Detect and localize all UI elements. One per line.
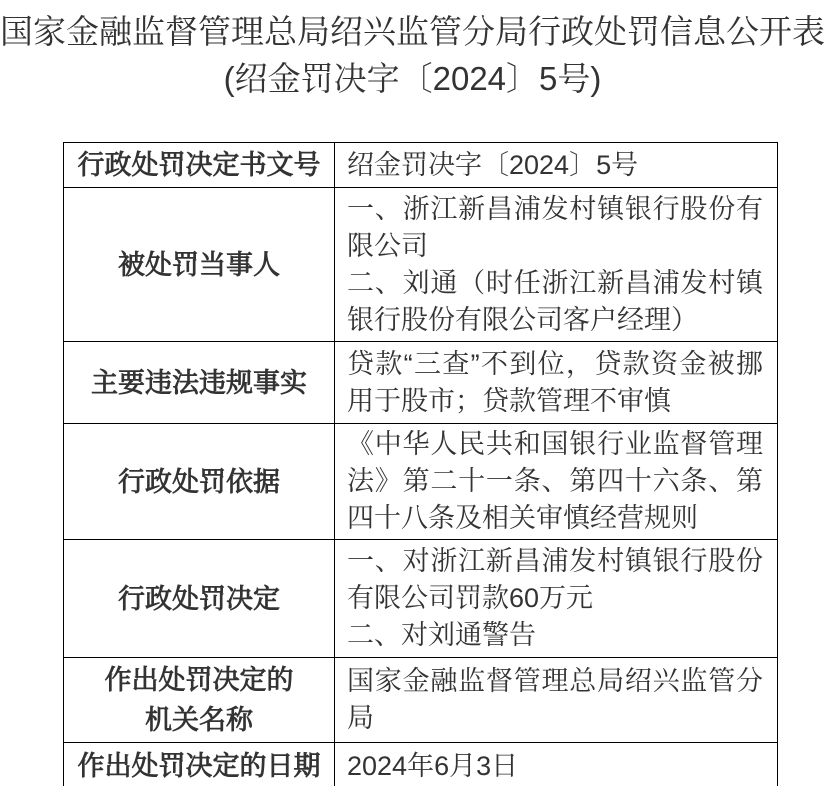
page-title-line1: 国家金融监督管理总局绍兴监管分局行政处罚信息公开表 [0, 13, 825, 50]
page-title: 国家金融监督管理总局绍兴监管分局行政处罚信息公开表(绍金罚决字〔2024〕5号) [0, 8, 825, 102]
row-penalized-parties-label: 被处罚当事人 [64, 188, 335, 342]
row-decision-date: 作出处罚决定的日期 2024年6月3日 [64, 743, 778, 786]
row-penalty-decision-label: 行政处罚决定 [64, 540, 335, 658]
row-document-number: 行政处罚决定书文号 绍金罚决字〔2024〕5号 [64, 143, 778, 188]
row-penalty-decision-value: 一、对浙江新昌浦发村镇银行股份有限公司罚款60万元 二、对刘通警告 [335, 540, 778, 658]
row-penalty-basis: 行政处罚依据 《中华人民共和国银行业监督管理法》第二十一条、第四十六条、第四十八… [64, 424, 778, 540]
row-penalized-parties: 被处罚当事人 一、浙江新昌浦发村镇银行股份有限公司 二、刘通（时任浙江新昌浦发村… [64, 188, 778, 342]
row-penalty-basis-value: 《中华人民共和国银行业监督管理法》第二十一条、第四十六条、第四十八条及相关审慎经… [335, 424, 778, 540]
row-deciding-authority: 作出处罚决定的 机关名称 国家金融监督管理总局绍兴监管分局 [64, 658, 778, 743]
penalty-document: 国家金融监督管理总局绍兴监管分局行政处罚信息公开表(绍金罚决字〔2024〕5号)… [0, 8, 825, 786]
row-penalized-parties-value: 一、浙江新昌浦发村镇银行股份有限公司 二、刘通（时任浙江新昌浦发村镇银行股份有限… [335, 188, 778, 342]
row-document-number-label: 行政处罚决定书文号 [64, 143, 335, 188]
page-title-line2: (绍金罚决字〔2024〕5号) [224, 60, 602, 97]
row-decision-date-label: 作出处罚决定的日期 [64, 743, 335, 786]
row-penalty-basis-label: 行政处罚依据 [64, 424, 335, 540]
row-deciding-authority-label: 作出处罚决定的 机关名称 [64, 658, 335, 743]
row-deciding-authority-value: 国家金融监督管理总局绍兴监管分局 [335, 658, 778, 743]
row-penalty-decision: 行政处罚决定 一、对浙江新昌浦发村镇银行股份有限公司罚款60万元 二、对刘通警告 [64, 540, 778, 658]
row-violation-facts: 主要违法违规事实 贷款“三查”不到位，贷款资金被挪用于股市；贷款管理不审慎 [64, 342, 778, 424]
row-violation-facts-label: 主要违法违规事实 [64, 342, 335, 424]
row-violation-facts-value: 贷款“三查”不到位，贷款资金被挪用于股市；贷款管理不审慎 [335, 342, 778, 424]
row-document-number-value: 绍金罚决字〔2024〕5号 [335, 143, 778, 188]
penalty-table: 行政处罚决定书文号 绍金罚决字〔2024〕5号 被处罚当事人 一、浙江新昌浦发村… [63, 142, 778, 786]
row-decision-date-value: 2024年6月3日 [335, 743, 778, 786]
